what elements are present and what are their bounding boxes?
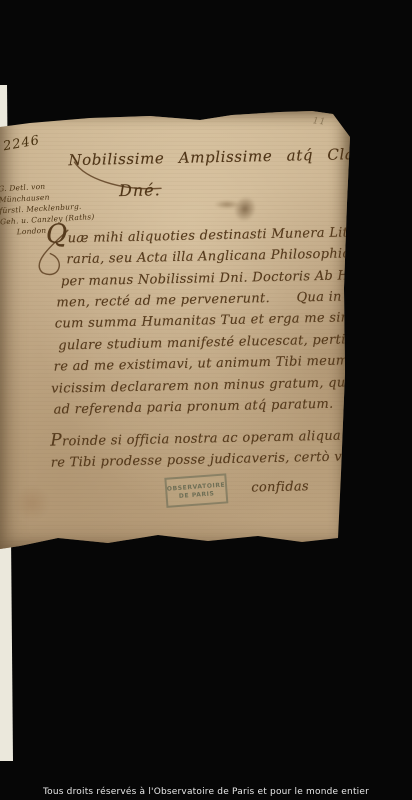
letter-scan: 2246 11 G. Detl. von Münchausen fürstl. …: [0, 108, 352, 554]
letter-line: re ad me existimavi, ut animum Tibi meum: [54, 353, 349, 375]
folio-number: 11: [312, 116, 327, 128]
salutation-abbreviation: Dné.: [119, 182, 161, 199]
letter-line: ad referenda paria pronum atq́ paratum.: [53, 397, 333, 419]
letter-closing: confidas: [251, 479, 309, 496]
letter-line: vicissim declararem non minus gratum, qu…: [51, 375, 366, 398]
letter-line: raria, seu Acta illa Anglicana Philosoph…: [66, 246, 362, 268]
library-stamp-line: DE PARIS: [179, 490, 215, 500]
copyright-caption: Tous droits réservés à l'Observatoire de…: [0, 787, 412, 798]
library-stamp: OBSERVATOIRE DE PARIS: [164, 473, 228, 507]
letter-line: cum summa Humanitas Tua et erga me sin—: [55, 310, 363, 332]
handwriting-layer: 2246 11 G. Detl. von Münchausen fürstl. …: [0, 104, 357, 557]
salutation-line: Nobilissime Amplissime atq́ Clarissime: [68, 145, 412, 168]
archival-number: 2246: [2, 133, 41, 154]
letter-line: Proinde si officia nostra ac operam aliq…: [50, 426, 359, 450]
letter-line: gulare studium manifesté elucescat, pert…: [58, 332, 376, 355]
scan-viewer: { "viewer": { "copyright_caption": "Tous…: [0, 0, 412, 800]
letter-line: per manus Nobilissimi Dni. Doctoris Ab H…: [61, 268, 383, 291]
letter-line: men, recté ad me pervenerunt. Qua in re: [56, 289, 361, 311]
letter-line: re Tibi prodesse posse judicaveris, cert…: [51, 449, 372, 472]
